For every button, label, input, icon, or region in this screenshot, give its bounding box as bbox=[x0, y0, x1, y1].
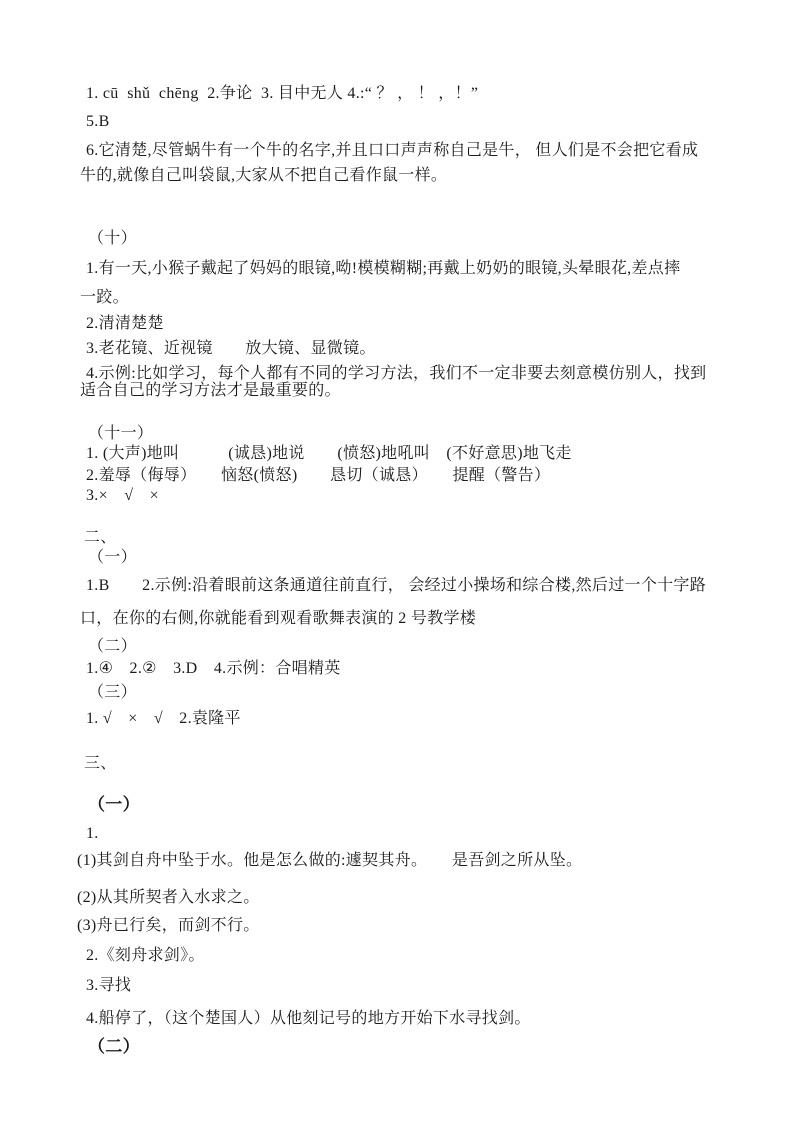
heading-s2-part-2: （二） bbox=[88, 637, 137, 656]
line-s3p1-q1-1: (1)其剑自舟中坠于水。他是怎么做的:遽契其舟。 是吾剑之所从坠。 bbox=[77, 851, 582, 870]
heading-part-10: （十） bbox=[88, 229, 137, 248]
line-s3p1-q1-2: (2)从其所契者入水求之。 bbox=[77, 888, 260, 907]
heading-s2-part-1: （一） bbox=[88, 548, 137, 567]
line-p10-q4b: 适合自己的学习方法才是最重要的。 bbox=[80, 381, 341, 400]
line-p11-q3: 3.× √ × bbox=[86, 486, 159, 505]
line-sec1-q1to4: 1. cū shǔ chēng 2.争论 3. 目中无人 4.:“ ？ ， ！ … bbox=[86, 84, 478, 103]
line-p10-q1b: 一跤。 bbox=[80, 288, 129, 307]
line-s3p1-q2: 2.《刻舟求剑》。 bbox=[86, 946, 205, 965]
line-s2p3-answers: 1. √ × √ 2.袁隆平 bbox=[86, 709, 241, 728]
line-s3p1-q3: 3.寻找 bbox=[86, 976, 131, 995]
line-p11-q1: 1. (大声)地叫 (诚恳)地说 (愤怒)地吼叫 (不好意思)地飞走 bbox=[86, 444, 572, 463]
line-s2p1-q2b: 口，在你的右侧,你就能看到观看歌舞表演的 2 号教学楼 bbox=[80, 609, 476, 628]
heading-section-2: 二、 bbox=[84, 528, 117, 547]
line-s3p1-q1-3: (3)舟已行矣，而剑不行。 bbox=[77, 916, 260, 935]
line-s2p2-answers: 1.④ 2.② 3.D 4.示例：合唱精英 bbox=[86, 659, 341, 678]
line-sec1-q5: 5.B bbox=[86, 112, 110, 131]
line-p11-q2: 2.羞辱（侮辱） 恼怒(愤怒) 恳切（诚恳） 提醒（警告） bbox=[86, 466, 550, 485]
heading-s3-part-1: （一） bbox=[88, 795, 140, 814]
line-s2p1-q1q2a: 1.B 2.示例:沿着眼前这条通道往前直行， 会经过小操场和综合楼,然后过一个十… bbox=[86, 576, 706, 595]
document-page: 1. cū shǔ chēng 2.争论 3. 目中无人 4.:“ ？ ， ！ … bbox=[0, 0, 794, 1123]
line-s3p1-q1: 1. bbox=[86, 824, 99, 843]
heading-s2-part-3: （三） bbox=[88, 683, 137, 702]
heading-section-3: 三、 bbox=[84, 754, 117, 773]
line-s3p1-q4: 4.船停了，（这个楚国人）从他刻记号的地方开始下水寻找剑。 bbox=[86, 1009, 531, 1028]
line-sec1-q6b: 牛的,就像自己叫袋鼠,大家从不把自己看作鼠一样。 bbox=[80, 166, 447, 185]
heading-part-11: （十一） bbox=[88, 424, 153, 443]
line-p10-q1a: 1.有一天,小猴子戴起了妈妈的眼镜,呦!模模糊糊;再戴上奶奶的眼镜,头晕眼花,差… bbox=[86, 259, 680, 278]
heading-s3-part-2: （二） bbox=[88, 1037, 140, 1056]
line-p10-q3: 3.老花镜、近视镜 放大镜、显微镜。 bbox=[86, 339, 376, 358]
line-sec1-q6a: 6.它清楚,尽管蜗牛有一个牛的名字,并且口口声声称自己是牛， 但人们是不会把它看… bbox=[86, 141, 698, 160]
line-p10-q2: 2.清清楚楚 bbox=[86, 314, 164, 333]
